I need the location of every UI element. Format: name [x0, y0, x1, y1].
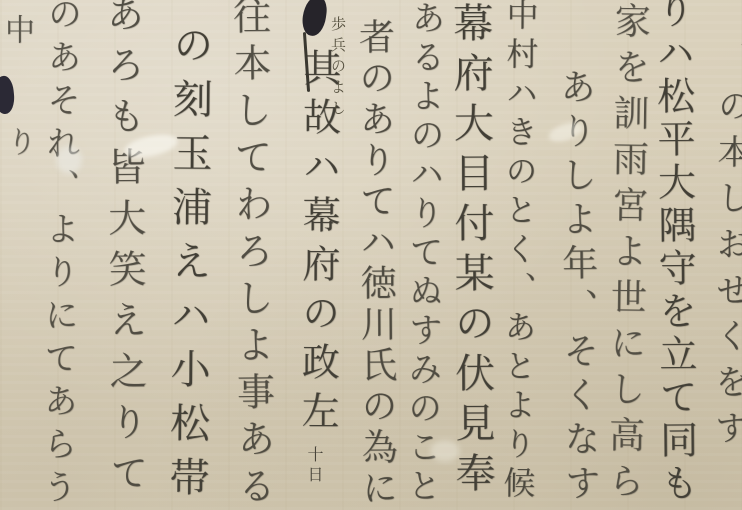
text-column: 往本してわろしよ事ある	[221, 0, 281, 510]
text-column: 者のありてハ徳川氏の為に	[348, 18, 402, 510]
text-column: の刻玉浦えハ小松帯	[158, 24, 219, 510]
text-column: 、の本しおせくをす	[704, 42, 742, 456]
text-column: 家を訓雨宮よ世にし高ら	[597, 2, 655, 509]
text-column: 幕府大目付某の伏見奉	[442, 2, 502, 502]
left-edge-ink-blot	[0, 75, 16, 115]
interlinear-annotation: 歩兵のよし	[328, 16, 349, 121]
left-edge-fragment-lower: り	[0, 125, 41, 158]
small-inline-note: 十日	[303, 446, 326, 486]
text-column: のあそれ、よりにてあらう	[32, 0, 86, 510]
text-column: あろも皆大笑え之りて	[95, 0, 154, 504]
text-column: 中村ハきのとく、あとより候	[494, 0, 544, 505]
left-edge-fragment-upper: 中	[0, 14, 38, 44]
text-column: ありしよ年、そくなす	[549, 68, 605, 509]
manuscript-page: 、の本しおせくをす りハ松平大隅守を立て同も 家を訓雨宮よ世にし高ら ありしよ年…	[0, 0, 742, 510]
text-column: あるよのハりてぬすみのこと	[397, 0, 450, 507]
